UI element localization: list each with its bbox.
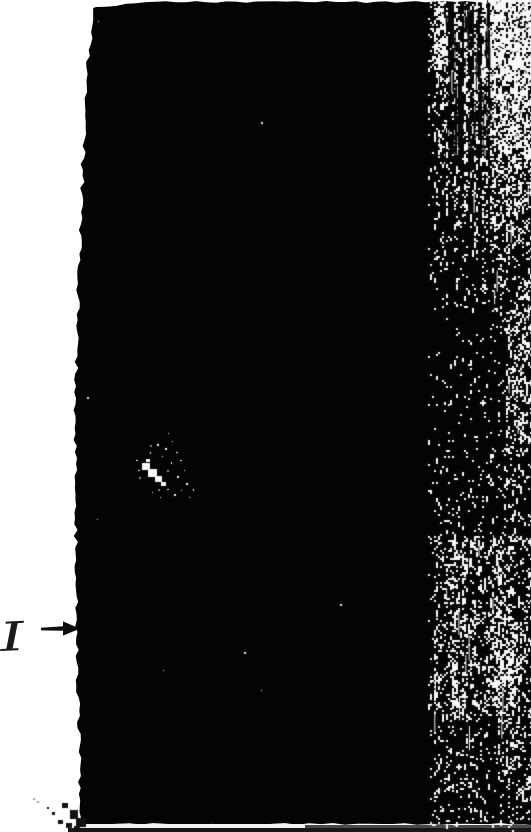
- scanned-photo-page: I: [0, 0, 531, 832]
- annotation-layer: I: [0, 0, 531, 832]
- annotation-label: I: [0, 612, 28, 660]
- annotation-arrow-icon: [41, 621, 80, 635]
